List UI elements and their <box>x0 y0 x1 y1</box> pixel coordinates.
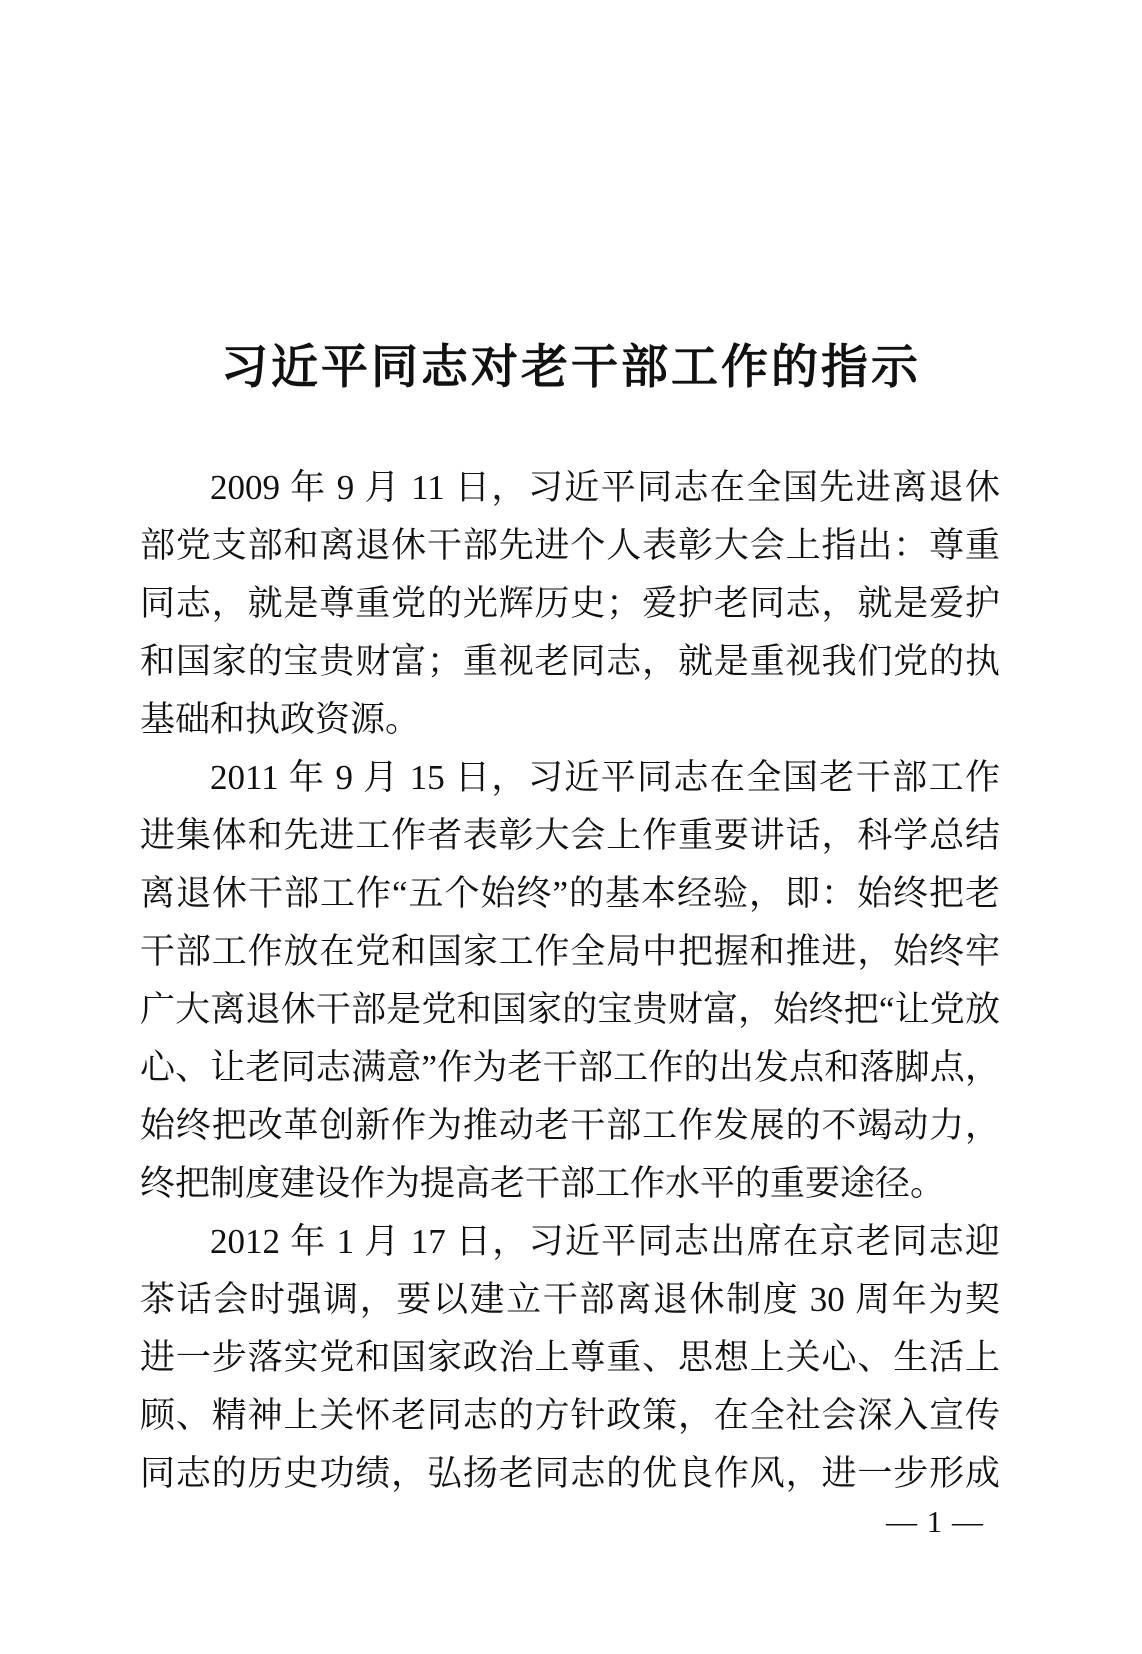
text-line: 干部工作放在党和国家工作全局中把握和推进，始终牢记 <box>140 923 1000 981</box>
text-line: 茶话会时强调，要以建立干部离退休制度 30 周年为契机， <box>140 1271 1000 1329</box>
document-body: 2009 年 9 月 11 日，习近平同志在全国先进离退休干 部党支部和离退休干… <box>140 459 1000 1503</box>
text-line: 同志的历史功绩，弘扬老同志的优良作风，进一步形成尊 <box>140 1445 1000 1503</box>
page-number: — 1 — <box>886 1501 984 1543</box>
paragraph: 2009 年 9 月 11 日，习近平同志在全国先进离退休干 部党支部和离退休干… <box>140 459 1000 749</box>
text-line: 同志，就是尊重党的光辉历史；爱护老同志，就是爱护党 <box>140 575 1000 633</box>
text-line: 2009 年 9 月 11 日，习近平同志在全国先进离退休干 <box>140 459 1000 517</box>
page-title: 习近平同志对老干部工作的指示 <box>0 337 1142 399</box>
document-page: 习近平同志对老干部工作的指示 2009 年 9 月 11 日，习近平同志在全国先… <box>0 0 1142 1654</box>
text-line: 基础和执政资源。 <box>140 691 1000 749</box>
text-line: 广大离退休干部是党和国家的宝贵财富，始终把“让党放 <box>140 981 1000 1039</box>
text-line: 心、让老同志满意”作为老干部工作的出发点和落脚点， <box>140 1039 1000 1097</box>
text-line: 离退休干部工作“五个始终”的基本经验，即：始终把老 <box>140 865 1000 923</box>
paragraph: 2011 年 9 月 15 日，习近平同志在全国老干部工作先 进集体和先进工作者… <box>140 749 1000 1213</box>
text-line: 部党支部和离退休干部先进个人表彰大会上指出：尊重老 <box>140 517 1000 575</box>
text-line: 顾、精神上关怀老同志的方针政策，在全社会深入宣传老 <box>140 1387 1000 1445</box>
text-line: 始终把改革创新作为推动老干部工作发展的不竭动力，始 <box>140 1097 1000 1155</box>
text-line: 进一步落实党和国家政治上尊重、思想上关心、生活上照 <box>140 1329 1000 1387</box>
paragraph: 2012 年 1 月 17 日，习近平同志出席在京老同志迎春 茶话会时强调，要以… <box>140 1213 1000 1503</box>
text-line: 2012 年 1 月 17 日，习近平同志出席在京老同志迎春 <box>140 1213 1000 1271</box>
text-line: 2011 年 9 月 15 日，习近平同志在全国老干部工作先 <box>140 749 1000 807</box>
text-line: 和国家的宝贵财富；重视老同志，就是重视我们党的执政 <box>140 633 1000 691</box>
text-line: 终把制度建设作为提高老干部工作水平的重要途径。 <box>140 1155 1000 1213</box>
text-line: 进集体和先进工作者表彰大会上作重要讲话，科学总结了 <box>140 807 1000 865</box>
